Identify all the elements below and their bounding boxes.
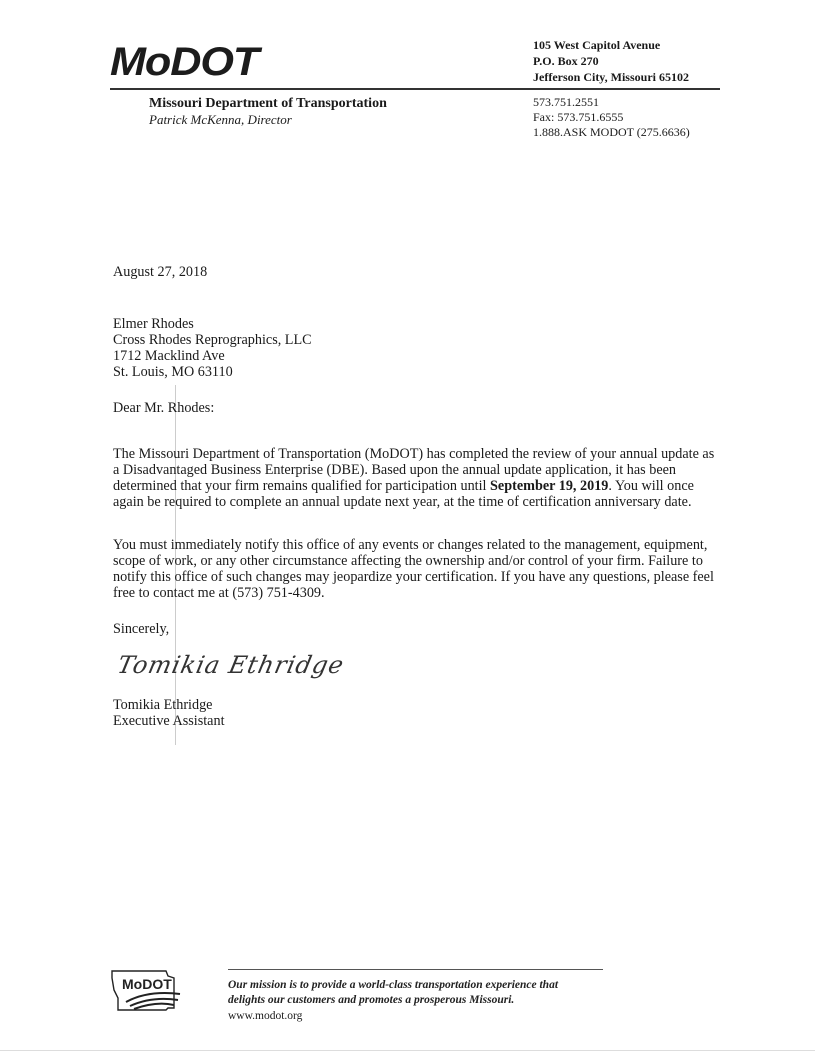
address-line: 105 West Capitol Avenue [533,37,689,53]
signer-title: Executive Assistant [113,713,225,729]
modot-logo: MoDOT [110,40,258,85]
fax: Fax: 573.751.6555 [533,110,690,125]
director-name: Patrick McKenna, Director [149,112,292,128]
signer-name: Tomikia Ethridge [113,697,225,713]
mission-statement: Our mission is to provide a world-class … [228,978,558,1008]
recipient-street: 1712 Macklind Ave [113,348,312,364]
letter-date: August 27, 2018 [113,264,207,280]
recipient-address: Elmer Rhodes Cross Rhodes Reprographics,… [113,316,312,380]
recipient-name: Elmer Rhodes [113,316,312,332]
header-divider [110,88,720,90]
footer-divider [228,969,603,970]
footer-logo-text: MoDOT [122,976,172,992]
contact-info: 573.751.2551 Fax: 573.751.6555 1.888.ASK… [533,95,690,140]
paragraph-certification: The Missouri Department of Transportatio… [113,446,723,510]
salutation: Dear Mr. Rhodes: [113,400,214,416]
address-line: Jefferson City, Missouri 65102 [533,69,689,85]
closing: Sincerely, [113,621,169,637]
toll-free: 1.888.ASK MODOT (275.6636) [533,125,690,140]
missouri-state-logo-icon: MoDOT [108,968,196,1012]
paragraph-notification: You must immediately notify this office … [113,537,723,601]
signer-block: Tomikia Ethridge Executive Assistant [113,697,225,729]
signature: Tomikia Ethridge [115,651,347,679]
recipient-company: Cross Rhodes Reprographics, LLC [113,332,312,348]
mailing-address: 105 West Capitol Avenue P.O. Box 270 Jef… [533,37,689,85]
page-edge [0,1050,815,1051]
department-name: Missouri Department of Transportation [149,96,387,112]
website-link[interactable]: www.modot.org [228,1010,302,1022]
phone: 573.751.2551 [533,95,690,110]
address-line: P.O. Box 270 [533,53,689,69]
recipient-city: St. Louis, MO 63110 [113,364,312,380]
expiration-date: September 19, 2019 [490,478,608,494]
